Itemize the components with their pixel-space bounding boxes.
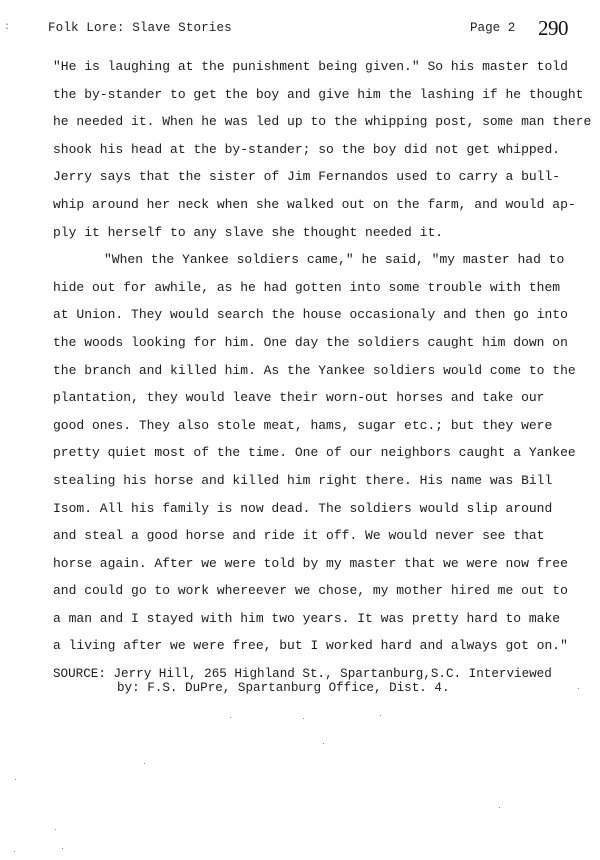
text-line: the woods looking for him. One day the s… [53,334,600,362]
source-citation: SOURCE: Jerry Hill, 265 Highland St., Sp… [53,668,598,695]
scan-speck [62,848,63,849]
scan-speck [230,717,231,718]
page-header: Folk Lore: Slave Stories Page 2 290 [48,21,600,41]
stamped-page-number: 290 [538,16,568,41]
text-line: Isom. All his family is now dead. The so… [53,500,600,528]
text-line: and steal a good horse and ride it off. … [53,527,600,555]
text-line: he needed it. When he was led up to the … [53,113,600,141]
text-line: stealing his horse and killed him right … [53,472,600,500]
text-line: ply it herself to any slave she thought … [53,224,600,252]
scan-speck [55,829,56,830]
text-line: a man and I stayed with him two years. I… [53,610,600,638]
scan-speck [380,715,381,716]
source-continuation-line: by: F.S. DuPre, Spartanburg Office, Dist… [53,682,598,696]
text-line: plantation, they would leave their worn-… [53,389,600,417]
page-label: Page 2 [470,21,515,35]
document-page: : Folk Lore: Slave Stories Page 2 290 "H… [0,0,600,860]
scan-speck [15,779,16,780]
text-line: "He is laughing at the punishment being … [53,58,600,86]
document-title: Folk Lore: Slave Stories [48,21,232,35]
text-line: Jerry says that the sister of Jim Fernan… [53,168,600,196]
text-line: shook his head at the by-stander; so the… [53,141,600,169]
text-line: good ones. They also stole meat, hams, s… [53,417,600,445]
text-line: whip around her neck when she walked out… [53,196,600,224]
text-line: hide out for awhile, as he had gotten in… [53,279,600,307]
source-line: SOURCE: Jerry Hill, 265 Highland St., Sp… [53,668,598,682]
scan-speck [303,718,304,719]
text-line: horse again. After we were told by my ma… [53,555,600,583]
margin-mark: : [4,22,10,33]
text-line: a living after we were free, but I worke… [53,637,600,665]
text-line: pretty quiet most of the time. One of ou… [53,444,600,472]
text-line: and could go to work whereever we chose,… [53,582,600,610]
body-text: "He is laughing at the punishment being … [53,58,600,665]
text-line: the branch and killed him. As the Yankee… [53,362,600,390]
text-line: the by-stander to get the boy and give h… [53,86,600,114]
scan-speck [144,763,145,764]
scan-speck [323,743,324,744]
scan-speck [578,688,579,689]
scan-speck [499,807,500,808]
text-line: at Union. They would search the house oc… [53,306,600,334]
paragraph-start-line: "When the Yankee soldiers came," he said… [53,251,600,279]
scan-speck [14,851,15,852]
